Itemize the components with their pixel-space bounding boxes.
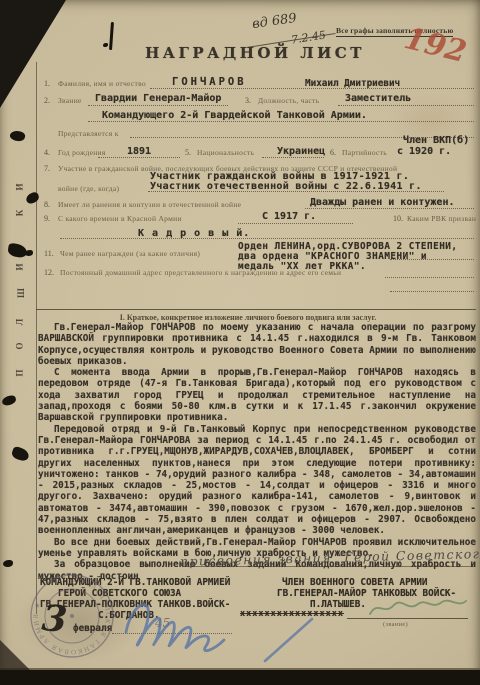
field-2-value: Гвардии Генерал-Майор [95, 93, 221, 104]
section-divider-rule [36, 309, 476, 310]
registry-note-handwritten: вд 689 [251, 11, 297, 32]
field-2-label: Звание [58, 96, 82, 105]
field-1-surname: ГОНЧАРОВ [172, 76, 247, 88]
margin-letter: О [15, 342, 25, 349]
document-title: НАГРАДНОЙ ЛИСТ [145, 44, 365, 62]
dotted-underline [98, 157, 180, 158]
field-4-number: 4. [44, 148, 50, 157]
award-sheet-scan: И К И Ш Л О П вд 689 7.2.45 Все графы за… [0, 0, 480, 685]
field-3-value-continued: Командующего 2-й Гвардейской Танковой Ар… [102, 110, 367, 121]
field-7-number: 7. [44, 164, 50, 173]
citation-section-title: I. Краткое, конкретное изложение личного… [78, 313, 418, 322]
dotted-underline [305, 208, 474, 209]
dotted-underline [148, 191, 444, 192]
round-army-stamp: 2 ГВАРДЕЙСКАЯ ТАНКОВАЯ АРМИЯ ★ [28, 572, 116, 660]
field-12-label: Постоянный домашний адрес представленног… [60, 268, 341, 277]
dotted-underline [338, 105, 474, 106]
margin-letter: К [14, 210, 24, 217]
dotted-underline [60, 238, 474, 239]
citation-body: Гв.Генерал-Майор ГОНЧАРОВ по моему указа… [38, 322, 476, 582]
field-4-label: Год рождения [58, 148, 106, 157]
field-8-label: Имеет ли ранения и контузии в отечествен… [58, 200, 241, 209]
ink-mark [109, 22, 114, 50]
ink-blot [9, 129, 26, 142]
dotted-underline [88, 105, 228, 106]
torn-corner-bottom-left [0, 640, 30, 670]
dotted-underline [262, 157, 324, 158]
ink-blot [3, 560, 13, 567]
ink-mark [103, 43, 108, 47]
dotted-underline [88, 121, 474, 122]
citation-paragraph: С момента ввода Армии в прорыв,Гв.Генера… [38, 367, 476, 423]
field-6-number: 6. [330, 148, 336, 157]
field-12-number: 12. [44, 268, 54, 277]
field-6-label: Партийность [342, 148, 387, 157]
citation-paragraph: Передовой отряд и 9-й Гв.Танковый Корпус… [38, 424, 476, 537]
ink-blot [11, 446, 31, 463]
field-5-number: 5. [185, 148, 191, 157]
conclusion-underline [182, 566, 474, 567]
field-9-number: 9. [44, 214, 50, 223]
rank-caption: (звание) [383, 621, 408, 628]
margin-letter: И [15, 183, 25, 190]
dotted-underline [150, 88, 474, 89]
commander-signature-blue-ink [118, 594, 268, 664]
page-number-red-pencil: 192 [401, 21, 470, 70]
field-1-label: Фамилия, имя и отчество [58, 79, 146, 88]
field-3-number: 3. [245, 96, 251, 105]
field-5-label: Национальность [197, 148, 254, 157]
council-member-title-line1: ЧЛЕН ВОЕННОГО СОВЕТА АРМИИ [282, 577, 428, 588]
field-3-value: Заместитель [345, 93, 411, 104]
dotted-underline [385, 277, 474, 278]
margin-letter: Ш [16, 288, 26, 298]
field-9-label: С какого времени в Красной Армии [58, 214, 182, 223]
citation-paragraph: Гв.Генерал-Майор ГОНЧАРОВ по моему указа… [38, 322, 476, 367]
field-2-number: 2. [44, 96, 50, 105]
margin-letter: И [15, 263, 25, 270]
party-member-note: Член ВКП(б) [403, 135, 469, 146]
presented-to-label: Представляется к [58, 129, 119, 138]
ink-blot [25, 250, 33, 256]
margin-letter: Л [14, 319, 24, 326]
field-11-label: Чем ранее награжден (за какие отличия) [60, 249, 200, 258]
field-10-number: 10. [393, 214, 403, 223]
field-3-label: Должность, часть [258, 96, 319, 105]
field-1-number: 1. [44, 79, 50, 88]
ink-blot [1, 395, 17, 407]
field-8-value: Дважды ранен и контужен. [310, 197, 455, 208]
council-member-signature-green-ink [366, 596, 470, 622]
blue-pencil-slash [260, 616, 316, 664]
scan-backing-strip [0, 670, 480, 685]
dotted-underline [390, 291, 474, 292]
field-10-label: Каким РВК призван [407, 214, 476, 223]
field-5-value: Украинец [277, 146, 325, 157]
field-7-label-continued: войне (где, когда) [58, 184, 119, 193]
dotted-underline [238, 223, 353, 224]
field-8-number: 8. [44, 200, 50, 209]
form-margin-rule [36, 62, 37, 614]
field-6-value: с 1920 г. [397, 146, 451, 157]
field-4-value: 1891 [127, 146, 151, 157]
dotted-underline [390, 259, 474, 260]
field-11-number: 11. [44, 249, 54, 258]
ink-blot [25, 191, 41, 205]
margin-letter: П [15, 369, 25, 376]
torn-corner-top-left [0, 0, 66, 108]
field-9-value: С 1917 г. [262, 211, 316, 222]
ink-blot [7, 243, 28, 259]
